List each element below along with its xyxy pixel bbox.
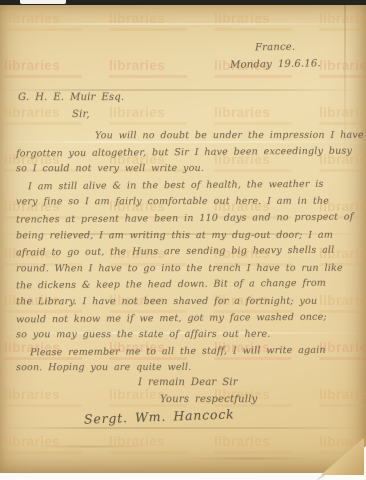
- handwriting-line: trenches at present have been in 110 day…: [16, 213, 353, 225]
- handwriting-line: forgotten you altogether, but Sir I have…: [16, 147, 352, 159]
- watermark: libraries: [4, 59, 104, 78]
- watermark-url-line: [109, 451, 187, 454]
- watermark: libraries: [319, 341, 366, 360]
- watermark: libraries: [319, 388, 366, 407]
- watermark-url-line: [319, 28, 366, 31]
- scanner-edge-notch: [20, 0, 66, 4]
- letter-date: Monday 19.6.16.: [230, 59, 321, 71]
- watermark-word: libraries: [109, 12, 209, 26]
- handwriting-line: being relieved, I am writing this at my …: [16, 231, 333, 241]
- handwriting-line: the Library. I have not been shaved for …: [16, 297, 317, 307]
- watermark-word: libraries: [4, 59, 104, 73]
- signature: Sergt. Wm. Hancock: [84, 408, 235, 426]
- watermark: libraries: [214, 12, 314, 31]
- handwriting-line: very fine so I am fairly comfortable out…: [16, 197, 329, 207]
- watermark-url-line: [4, 28, 82, 31]
- watermark-word: libraries: [4, 388, 104, 402]
- watermark: libraries: [319, 106, 366, 125]
- watermark-word: libraries: [109, 59, 209, 73]
- handwriting-line: so I could not very well write you.: [16, 164, 204, 174]
- watermark-word: libraries: [214, 106, 314, 120]
- watermark-url-line: [4, 451, 82, 454]
- watermark-word: libraries: [319, 388, 366, 402]
- watermark-url-line: [214, 169, 292, 172]
- watermark: libraries: [214, 106, 314, 125]
- watermark-url-line: [4, 122, 82, 125]
- handwriting-line: soon. Hoping you are quite well.: [16, 363, 191, 373]
- watermark-word: libraries: [214, 435, 314, 449]
- watermark: libraries: [4, 12, 104, 31]
- watermark-url-line: [319, 169, 366, 172]
- wrinkle: [30, 445, 150, 448]
- letter-salutation: Sir,: [72, 110, 90, 120]
- watermark-url-line: [4, 404, 82, 407]
- watermark: libraries: [319, 59, 366, 78]
- watermark-url-line: [319, 404, 366, 407]
- watermark-url-line: [214, 28, 292, 31]
- handwriting-line: afraid to go out, the Huns are sending b…: [16, 246, 334, 258]
- watermark-url-line: [214, 122, 292, 125]
- watermark: libraries: [4, 388, 104, 407]
- scanned-letter-page: librarieslibrarieslibrarieslibrarieslibr…: [0, 0, 366, 480]
- wrinkle: [180, 457, 320, 460]
- handwriting-line: You will no doubt be under the impressio…: [95, 131, 364, 141]
- watermark-word: libraries: [319, 59, 366, 73]
- handwriting-line: would not know me if we met, got my face…: [16, 313, 327, 325]
- handwriting-line: Please remember me to all the staff, I w…: [30, 346, 326, 358]
- watermark: libraries: [109, 12, 209, 31]
- watermark-url-line: [109, 75, 187, 78]
- letter-paper: librarieslibrarieslibrarieslibrarieslibr…: [0, 5, 366, 474]
- watermark-word: libraries: [319, 12, 366, 26]
- vertical-crease: [344, 5, 346, 165]
- scanner-bottom-gap: [0, 473, 366, 480]
- watermark-url-line: [319, 122, 366, 125]
- crease-line: [0, 141, 366, 143]
- watermark-url-line: [214, 75, 292, 78]
- watermark-word: libraries: [214, 12, 314, 26]
- watermark-url-line: [214, 451, 292, 454]
- watermark: libraries: [319, 12, 366, 31]
- handwriting-line: round. When I have to go into the trench…: [16, 264, 343, 274]
- handwriting-line: I am still alive & in the best of health…: [28, 180, 324, 192]
- watermark-url-line: [109, 28, 187, 31]
- watermark-url-line: [214, 357, 292, 360]
- handwriting-line: the dickens & keep the head down. Bit of…: [16, 279, 326, 291]
- handwriting-line: so you may guess the state of affairs ou…: [16, 330, 271, 340]
- watermark: libraries: [109, 435, 209, 454]
- closing-line-1: I remain Dear Sir: [138, 378, 238, 388]
- watermark: libraries: [214, 435, 314, 454]
- watermark-word: libraries: [4, 12, 104, 26]
- watermark-word: libraries: [109, 106, 209, 120]
- closing-line-2: Yours respectfully: [160, 395, 257, 405]
- letter-place: France.: [255, 43, 295, 54]
- watermark-word: libraries: [319, 341, 366, 355]
- watermark: libraries: [109, 59, 209, 78]
- watermark-url-line: [109, 122, 187, 125]
- watermark-url-line: [319, 357, 366, 360]
- watermark-url-line: [4, 75, 82, 78]
- watermark-word: libraries: [319, 106, 366, 120]
- letter-recipient: G. H. E. Muir Esq.: [18, 93, 124, 103]
- watermark: libraries: [319, 294, 366, 313]
- watermark-url-line: [319, 75, 366, 78]
- crease-line: [0, 23, 366, 25]
- watermark: libraries: [109, 106, 209, 125]
- watermark-url-line: [4, 310, 82, 313]
- watermark-word: libraries: [319, 294, 366, 308]
- crease-line: [0, 89, 366, 91]
- crease-line: [0, 427, 366, 429]
